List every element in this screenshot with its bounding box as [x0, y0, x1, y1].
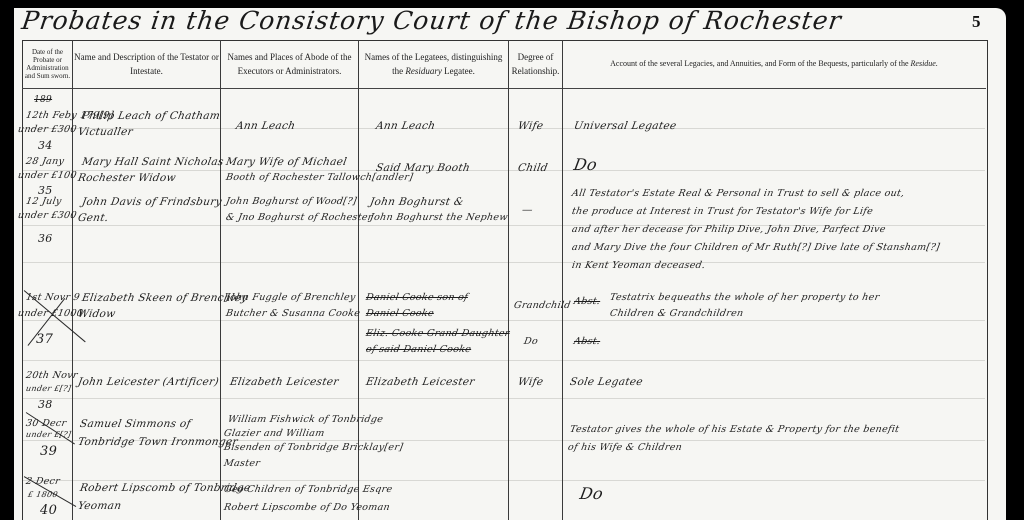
page-number: 5: [972, 12, 981, 32]
header-testator: Name and Description of the Testator or …: [73, 40, 220, 88]
legatee-line: Daniel Cooke son of: [365, 292, 469, 303]
legatee-line: Said Mary Booth: [375, 162, 471, 174]
entry-sum: under £300: [17, 124, 78, 135]
header-executors: Names and Places of Abode of the Executo…: [221, 40, 358, 88]
ruled-line: [23, 170, 985, 171]
executor-line: Mary Wife of Michael: [225, 156, 348, 168]
executor-line: & Jno Boghurst of Rochester: [225, 212, 374, 223]
page-title: Probates in the Consistory Court of the …: [20, 6, 844, 35]
account-line: Children & Grandchildren: [609, 308, 744, 319]
ruled-line: [23, 320, 985, 321]
executor-line: Ann Leach: [235, 120, 296, 132]
legatee-line: Ann Leach: [375, 120, 436, 132]
column-divider: [562, 40, 563, 520]
ruled-line: [23, 262, 985, 263]
executor-line: Robert Lipscombe of Do Yeoman: [223, 502, 391, 513]
account-line: the produce at Interest in Trust for Tes…: [571, 206, 874, 217]
executor-line: Master: [223, 458, 261, 469]
header-account: Account of the several Legacies, and Ann…: [563, 40, 985, 88]
testator-line: Samuel Simmons of: [79, 418, 192, 430]
ruled-line: [23, 480, 985, 481]
testator-line: Gent.: [77, 212, 110, 224]
relationship-value: Grandchild: [513, 300, 572, 311]
testator-line: Widow: [77, 308, 117, 320]
testator-line: John Leicester (Artificer): [77, 376, 220, 388]
relationship-value: Do: [523, 336, 539, 347]
entry-number: 39: [40, 444, 57, 459]
legatee-line: John Boghurst &: [369, 196, 465, 208]
account-line: All Testator's Estate Real & Personal in…: [571, 188, 905, 199]
executor-line: Glazier and William: [223, 428, 325, 439]
header-divider: [22, 88, 986, 89]
entry-date: 12 July: [25, 196, 62, 207]
legatee-line: John Boghurst the Nephew: [369, 212, 509, 223]
testator-line: Philip Leach of Chatham: [81, 110, 221, 122]
ruled-line: [23, 128, 985, 129]
executor-line: John Fuggle of Brenchley: [225, 292, 356, 303]
account-line: Do: [572, 155, 598, 174]
entry-number: 36: [38, 232, 53, 245]
account-line: in Kent Yeoman deceased.: [571, 260, 706, 271]
entry-date: 30 Decr: [25, 418, 67, 429]
account-line: and Mary Dive the four Children of Mr Ru…: [571, 242, 941, 253]
account-struck: Abst.: [573, 296, 601, 307]
entry-number: 34: [38, 139, 53, 152]
entry-sum: under £[?]: [25, 384, 72, 393]
header-date: Date of the Probate or Administration an…: [23, 40, 72, 88]
account-struck: Abst.: [573, 336, 601, 347]
legatee-line: Elizabeth Leicester: [365, 376, 476, 388]
ruled-line: [23, 360, 985, 361]
entry-number: 37: [36, 332, 53, 347]
account-line: Do: [578, 484, 604, 503]
account-line: Sole Legatee: [569, 376, 644, 388]
ruled-line: [23, 398, 985, 399]
entry-sum: under £300: [17, 210, 78, 221]
executor-line: Butcher & Susanna Cooke: [225, 308, 361, 319]
relationship-value: Wife: [517, 120, 544, 132]
executor-line: Elizabeth Leicester: [229, 376, 340, 388]
header-relationship: Degree of Relationship.: [509, 40, 562, 88]
entry-date: 28 Jany: [25, 156, 65, 167]
account-line: Testatrix bequeaths the whole of her pro…: [609, 292, 880, 303]
testator-line: Tonbridge Town Ironmonger: [77, 436, 239, 448]
entry-sum: under £100: [17, 170, 78, 181]
relationship-value: —: [521, 204, 534, 216]
legatee-line: Eliz. Cooke Grand Daughter: [365, 328, 511, 339]
testator-line: Yeoman: [77, 500, 122, 512]
testator-line: Rochester Widow: [77, 172, 177, 184]
testator-line: John Davis of Frindsbury: [81, 196, 223, 208]
column-divider: [508, 40, 509, 520]
entry-date: 20th Novr: [25, 370, 79, 381]
header-legatees: Names of the Legatees, distinguishing th…: [359, 40, 508, 88]
testator-line: Victualler: [77, 126, 134, 138]
account-line: Testator gives the whole of his Estate &…: [569, 424, 900, 435]
account-line: and after her decease for Philip Dive, J…: [571, 224, 887, 235]
account-line: of his Wife & Children: [567, 442, 683, 453]
legatee-line: of said Daniel Cooke: [365, 344, 472, 355]
executor-line: John Boghurst of Wood[?]: [225, 196, 358, 207]
executor-line: William Fishwick of Tonbridge: [227, 414, 384, 425]
relationship-value: Child: [517, 162, 549, 174]
entry-number: 40: [40, 503, 57, 518]
executor-line: Bisenden of Tonbridge Bricklay[er]: [223, 442, 404, 453]
folio-mark: 189: [34, 95, 52, 105]
entry-number: 38: [38, 398, 53, 411]
testator-line: Elizabeth Skeen of Brenchley: [81, 292, 248, 304]
account-line: Universal Legatee: [573, 120, 678, 132]
relationship-value: Wife: [517, 376, 544, 388]
testator-line: Mary Hall Saint Nicholas: [81, 156, 225, 168]
legatee-line: Daniel Cooke: [365, 308, 435, 319]
executor-line: Geo Children of Tonbridge Esqre: [223, 484, 393, 495]
